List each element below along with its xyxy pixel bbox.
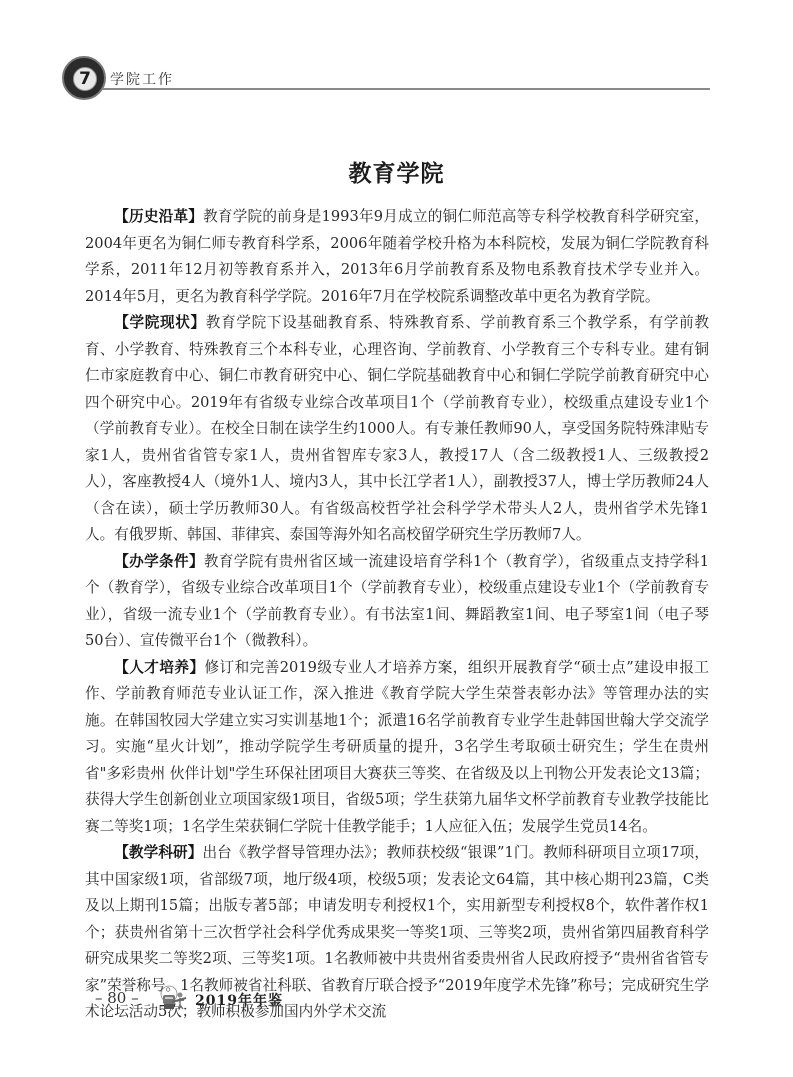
page-title: 教育学院	[0, 155, 793, 188]
logo-glyph: 7	[74, 68, 96, 90]
paragraph-heading: 【学院现状】	[114, 314, 206, 331]
university-logo-icon: 7	[62, 56, 106, 100]
running-header: 7 学院工作	[62, 56, 710, 96]
paragraph-talent-cultivation: 【人才培养】修订和完善2019级专业人才培养方案，组织开展教育学“硕士点”建设申…	[85, 655, 709, 841]
page-number: – 80 –	[95, 989, 139, 1007]
section-title: 学院工作	[110, 69, 174, 89]
paragraph-history: 【历史沿革】教育学院的前身是1993年9月成立的铜仁师范高等专科学校教育科学研究…	[85, 204, 709, 310]
paragraph-heading: 【人才培养】	[114, 659, 204, 676]
logo-emblem: 7	[73, 67, 97, 91]
paragraph-heading: 【教学科研】	[114, 844, 202, 861]
paragraph-heading: 【办学条件】	[114, 553, 204, 570]
running-footer: – 80 – 2019年年鉴	[95, 985, 395, 1013]
paragraph-current-status: 【学院现状】教育学院下设基础教育系、特殊教育系、学前教育系三个教学系，有学前教育…	[85, 310, 709, 549]
header-divider	[102, 88, 710, 90]
mascot-reading-icon	[158, 985, 188, 1011]
article-body: 【历史沿革】教育学院的前身是1993年9月成立的铜仁师范高等专科学校教育科学研究…	[85, 204, 709, 1026]
yearbook-label: 2019年年鉴	[195, 990, 283, 1010]
paragraph-text: 修订和完善2019级专业人才培养方案，组织开展教育学“硕士点”建设申报工作、学前…	[85, 659, 709, 835]
paragraph-heading: 【历史沿革】	[114, 208, 203, 225]
paragraph-text: 教育学院下设基础教育系、特殊教育系、学前教育系三个教学系，有学前教育、小学教育、…	[85, 314, 709, 543]
paragraph-facilities: 【办学条件】教育学院有贵州省区域一流建设培育学科1个（教育学），省级重点支持学科…	[85, 549, 709, 655]
